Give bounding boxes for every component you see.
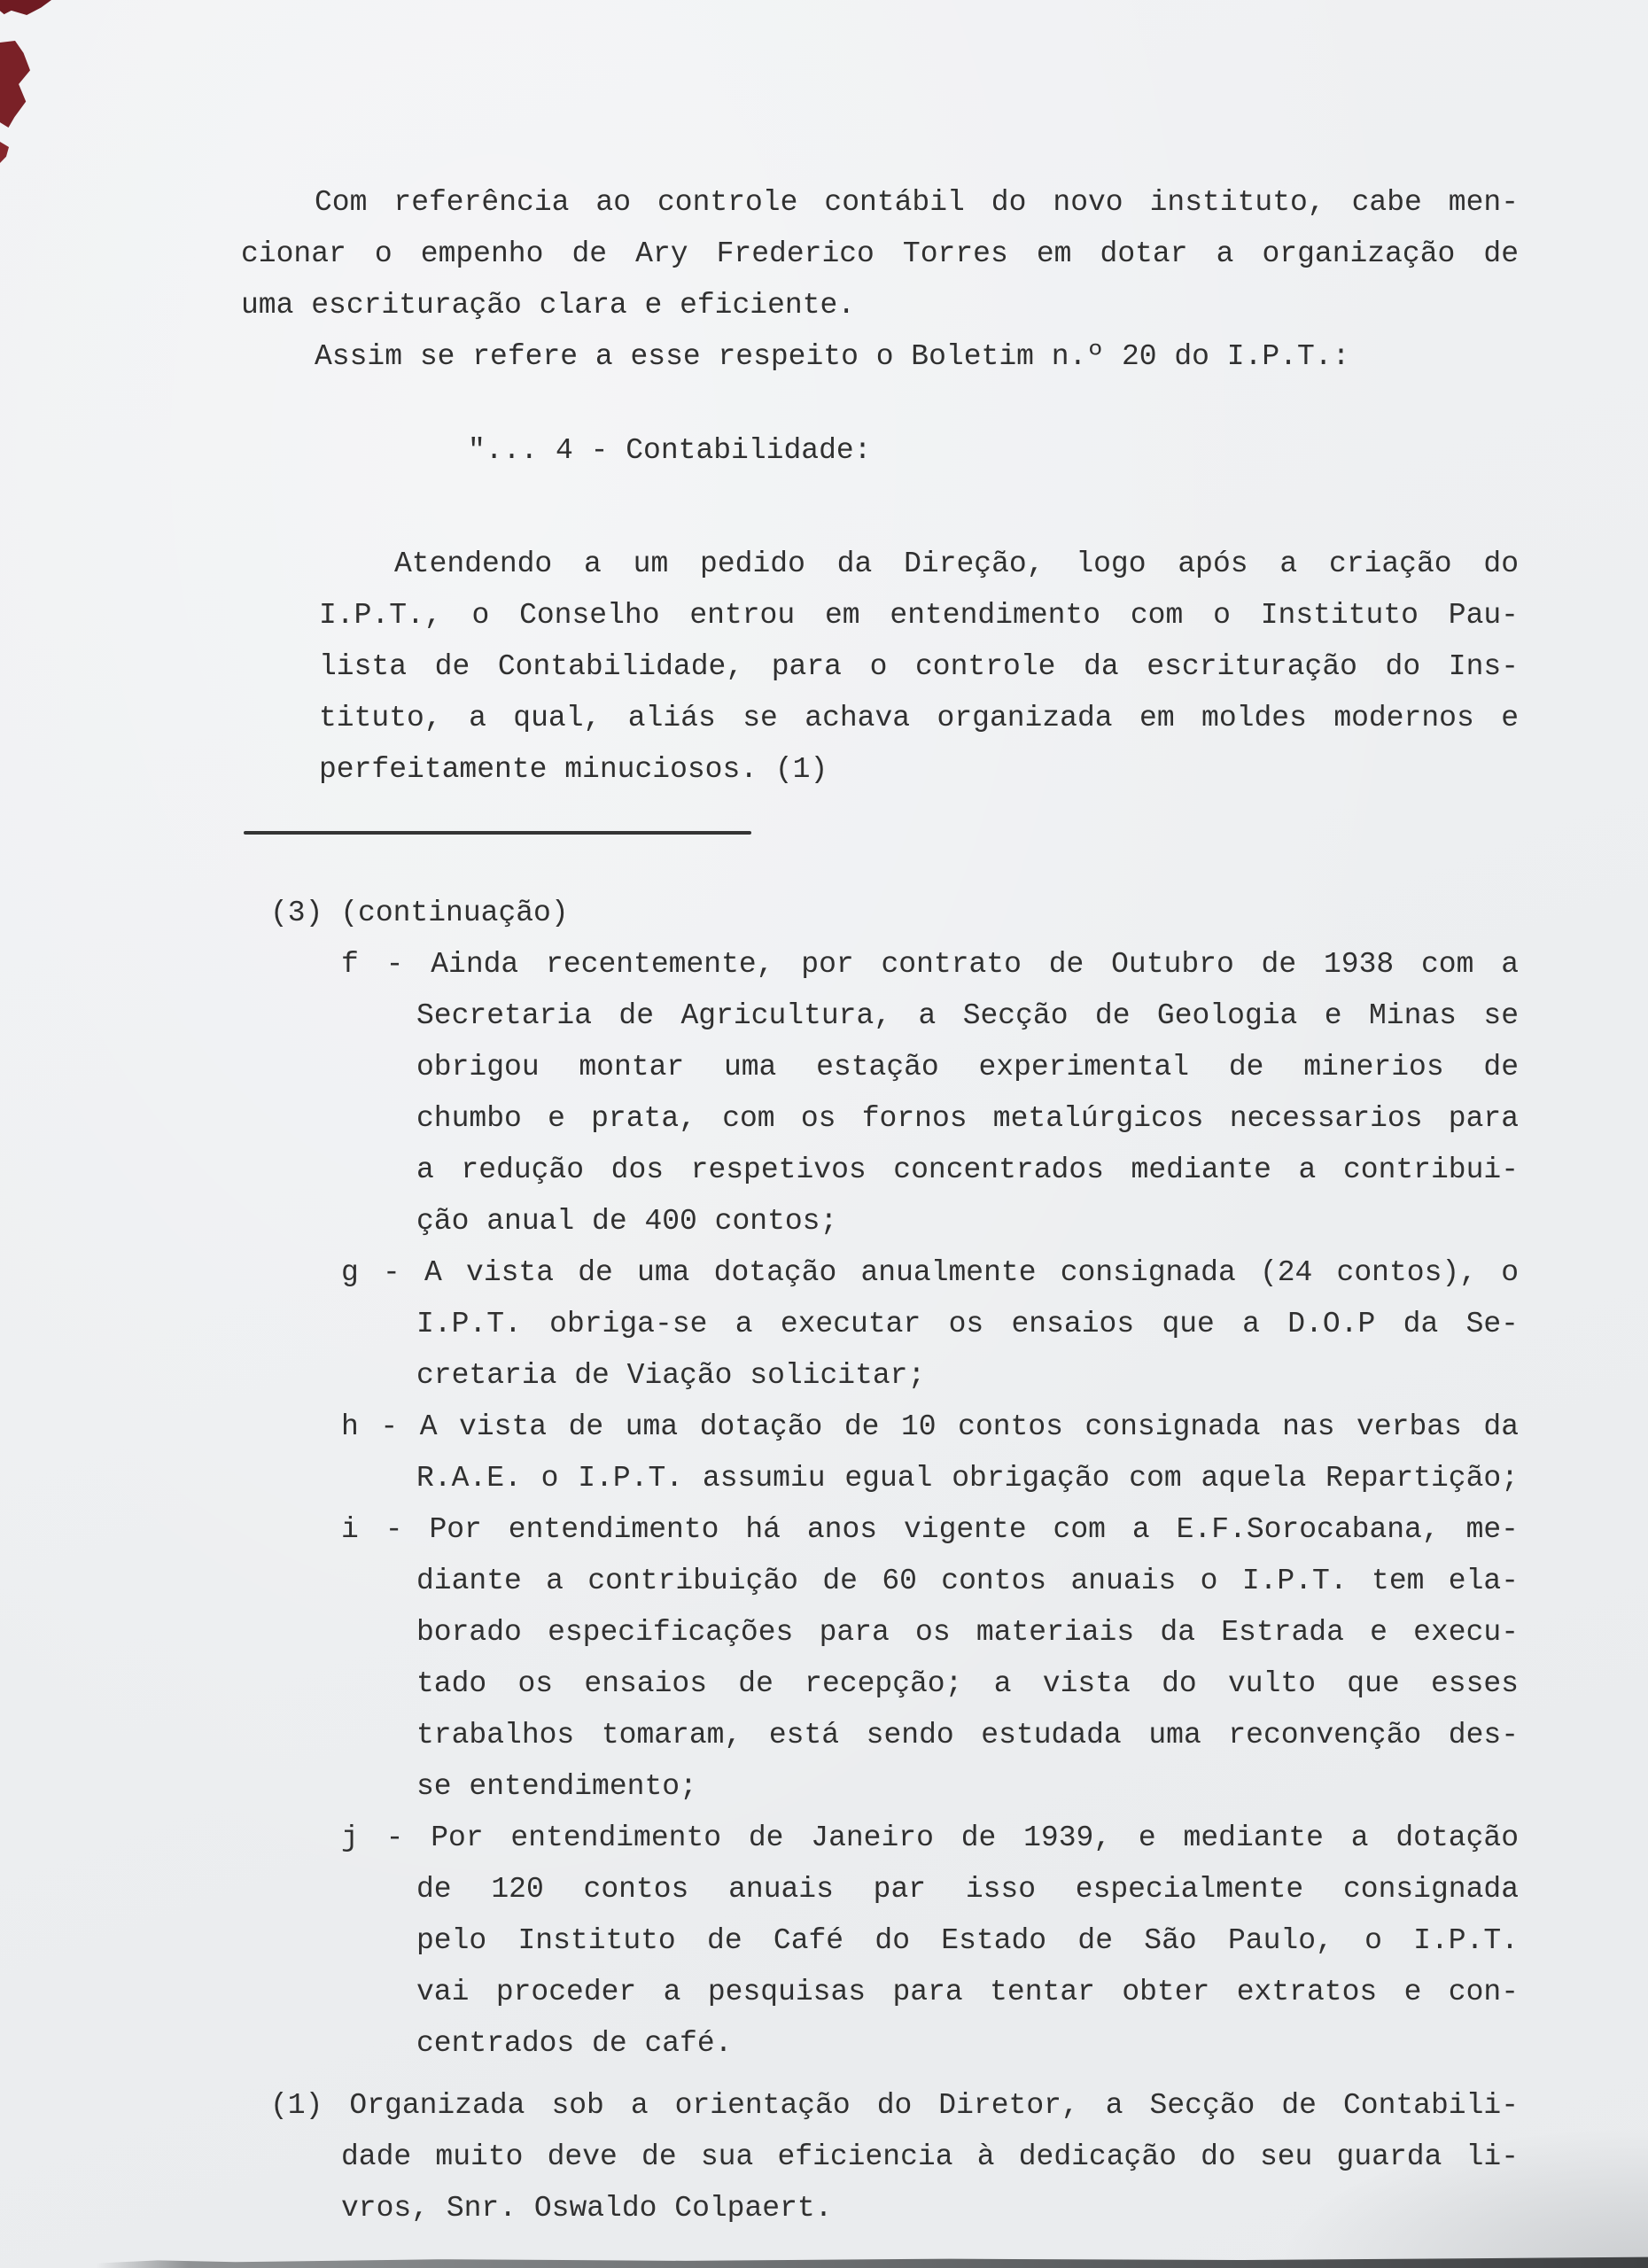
footnote-separator-line xyxy=(244,831,751,835)
text-line: f - Ainda recentemente, por contrato de … xyxy=(241,939,1519,990)
text-line: Atendendo a um pedido da Direção, logo a… xyxy=(319,539,1519,590)
text-line: diante a contribuição de 60 contos anuai… xyxy=(241,1556,1519,1607)
text-line: a redução dos respetivos concentrados me… xyxy=(241,1145,1519,1196)
text-line: R.A.E. o I.P.T. assumiu egual obrigação … xyxy=(241,1453,1519,1504)
text-line: g - A vista de uma dotação anualmente co… xyxy=(241,1247,1519,1299)
document-text: Com referência ao controle contábil do n… xyxy=(0,0,1648,2234)
text-line: Assim se refere a esse respeito o Boleti… xyxy=(241,331,1519,383)
text-line: se entendimento; xyxy=(241,1761,1519,1813)
text-line: lista de Contabilidade, para o controle … xyxy=(319,641,1519,693)
text-line: cionar o empenho de Ary Frederico Torres… xyxy=(241,229,1519,280)
footnote-item-j: j - Por entendimento de Janeiro de 1939,… xyxy=(241,1813,1519,2070)
text-line: de 120 contos anuais par isso especialme… xyxy=(241,1864,1519,1915)
text-line: trabalhos tomaram, está sendo estudada u… xyxy=(241,1710,1519,1761)
text-line: (1) Organizada sob a orientação do Diret… xyxy=(241,2080,1519,2132)
footnote-3-label: (3) (continuação) xyxy=(241,888,1519,939)
footnote-item-i: i - Por entendimento há anos vigente com… xyxy=(241,1504,1519,1813)
text-line: h - A vista de uma dotação de 10 contos … xyxy=(241,1402,1519,1453)
footnote-item-f: f - Ainda recentemente, por contrato de … xyxy=(241,939,1519,1247)
text-line: Secretaria de Agricultura, a Secção de G… xyxy=(241,990,1519,1042)
text-line: perfeitamente minuciosos. (1) xyxy=(319,744,1519,796)
text-line: tituto, a qual, aliás se achava organiza… xyxy=(319,693,1519,744)
text-line: Com referência ao controle contábil do n… xyxy=(241,177,1519,229)
text-line: vai proceder a pesquisas para tentar obt… xyxy=(241,1967,1519,2018)
text-line: pelo Instituto de Café do Estado de São … xyxy=(241,1915,1519,1967)
quote-heading: "... 4 - Contabilidade: xyxy=(319,425,1519,477)
footnote-item-h: h - A vista de uma dotação de 10 contos … xyxy=(241,1402,1519,1504)
text-line: chumbo e prata, com os fornos metalúrgic… xyxy=(241,1093,1519,1145)
text-line: borado especificações para os materiais … xyxy=(241,1607,1519,1658)
text-line: ção anual de 400 contos; xyxy=(241,1196,1519,1247)
text-line: I.P.T. obriga-se a executar os ensaios q… xyxy=(241,1299,1519,1350)
opening-paragraph: Com referência ao controle contábil do n… xyxy=(241,177,1519,383)
scan-corner-shade xyxy=(1276,2126,1648,2268)
quote-paragraph: Atendendo a um pedido da Direção, logo a… xyxy=(319,539,1519,796)
text-line: centrados de café. xyxy=(241,2018,1519,2070)
footnote-3-block: (3) (continuação) f - Ainda recentemente… xyxy=(241,888,1519,2070)
text-line: j - Por entendimento de Janeiro de 1939,… xyxy=(241,1813,1519,1864)
footnote-item-g: g - A vista de uma dotação anualmente co… xyxy=(241,1247,1519,1402)
text-line: uma escrituração clara e eficiente. xyxy=(241,280,1519,331)
text-line: tado os ensaios de recepção; a vista do … xyxy=(241,1658,1519,1710)
document-page: Com referência ao controle contábil do n… xyxy=(0,0,1648,2268)
text-line: I.P.T., o Conselho entrou em entendiment… xyxy=(319,590,1519,641)
text-line: cretaria de Viação solicitar; xyxy=(241,1350,1519,1402)
text-line: obrigou montar uma estação experimental … xyxy=(241,1042,1519,1093)
text-line: i - Por entendimento há anos vigente com… xyxy=(241,1504,1519,1556)
